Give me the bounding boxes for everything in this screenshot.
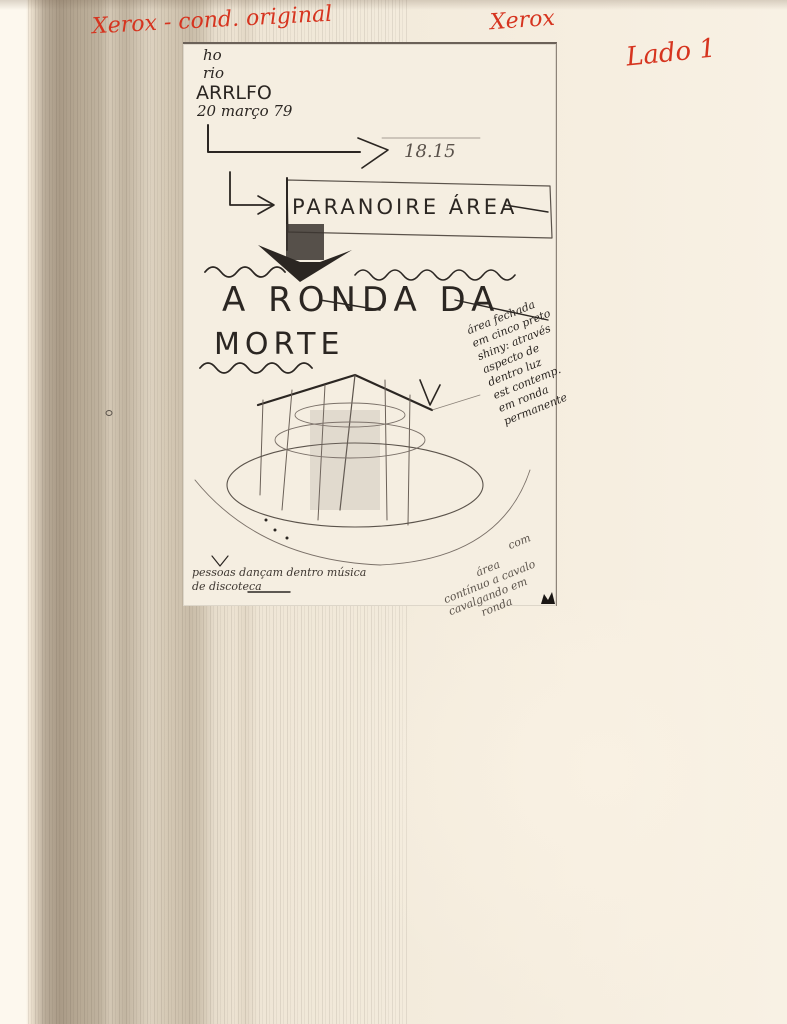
ink-blot [541, 592, 555, 604]
pencil-drawing [0, 0, 787, 1024]
arrow-head-icon [358, 138, 388, 168]
arrow-line [208, 125, 360, 152]
scanned-page: Xerox - cond. original Xerox Lado 1 ho r… [0, 0, 787, 1024]
